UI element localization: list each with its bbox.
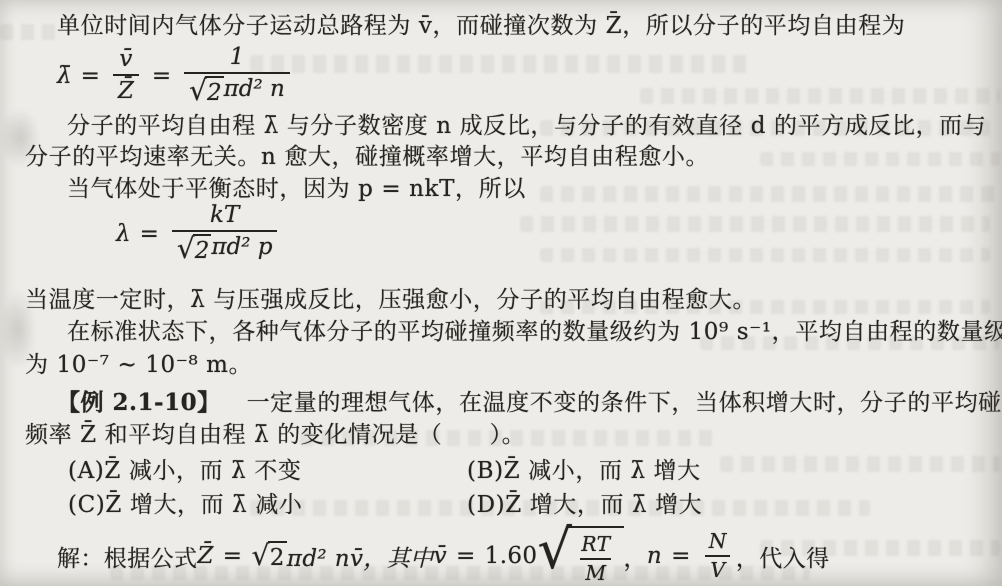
v-bar-variable: v̄ xyxy=(434,543,447,569)
bleedthrough-row xyxy=(0,24,58,40)
option-c: (C)Z̄ 增大，而 λ̄ 减小 xyxy=(68,486,302,519)
coefficient: 1.60 xyxy=(485,543,538,569)
example-text-2: 频率 Z̄ 和平均自由程 λ̄ 的变化情况是（ ）。 xyxy=(25,416,525,449)
sqrt-rt-over-m: √ RT M xyxy=(537,526,623,586)
fraction-v-over-z: v̄ Z̄ xyxy=(113,46,139,105)
formula-mean-free-path-n: λ̄ = v̄ Z̄ = 1 √ 2 πd² n xyxy=(57,44,294,107)
fraction-rt-over-m: RT M xyxy=(576,533,615,586)
bleedthrough-row xyxy=(540,248,990,262)
radical-icon: √ xyxy=(537,523,572,577)
fraction-n-over-v: N V xyxy=(704,530,732,583)
paragraph-equilibrium: 当气体处于平衡态时，因为 p = nkT，所以 xyxy=(67,170,526,203)
equals-sign: = xyxy=(671,543,691,569)
example-heading-line: 【例 2.1-10】一定量的理想气体，在温度不变的条件下，当体积增大时，分子的平… xyxy=(57,384,1002,417)
paragraph-proportionality-1: 分子的平均自由程 λ̄ 与分子数密度 n 成反比，与分子的有效直径 d 的平方成… xyxy=(67,107,986,140)
option-b-label: (B) xyxy=(467,458,504,484)
radical-icon: √ xyxy=(189,77,207,105)
equals-sign: = xyxy=(223,543,243,569)
option-a-label: (A) xyxy=(68,458,104,484)
textbook-page: 单位时间内气体分子运动总路程为 v̄，而碰撞次数为 Z̄，所以分子的平均自由程为… xyxy=(0,0,1002,586)
option-d-text: Z̄ 增大，而 λ̄ 增大 xyxy=(505,492,702,518)
paragraph-total-path: 单位时间内气体分子运动总路程为 v̄，而碰撞次数为 Z̄，所以分子的平均自由程为 xyxy=(57,7,905,40)
option-b: (B)Z̄ 减小，而 λ̄ 增大 xyxy=(467,452,701,485)
formula-lhs: λ xyxy=(116,221,131,247)
equals-sign: = xyxy=(81,63,100,89)
paragraph-standard-state-2: 为 10⁻⁷ ~ 10⁻⁸ m。 xyxy=(25,346,252,379)
option-a-text: Z̄ 减小，而 λ̄ 不变 xyxy=(104,458,301,484)
bleedthrough-row xyxy=(520,216,990,232)
paragraph-standard-state-1: 在标准状态下，各种气体分子的平均碰撞频率的数量级约为 10⁹ s⁻¹，平均自由程… xyxy=(67,313,1002,346)
bleedthrough-row xyxy=(540,186,1000,202)
z-bar-variable: Z̄ xyxy=(197,543,213,569)
equals-sign: = xyxy=(152,63,171,89)
solution-mid: πd² nv̄，其中 xyxy=(287,540,434,573)
fraction-one-over-sqrt2pid2n: 1 √ 2 πd² n xyxy=(184,44,290,107)
paragraph-proportionality-2: 分子的平均速率无关。n 愈大，碰撞概率增大，平均自由程愈小。 xyxy=(25,138,709,171)
fraction-kt-over-sqrt2pid2p: kT √ 2 πd² p xyxy=(172,202,278,265)
sqrt-radical: √ 2 xyxy=(177,234,212,265)
sqrt-radical: √ 2 xyxy=(189,76,224,107)
formula-mean-free-path-p: λ = kT √ 2 πd² p xyxy=(116,202,281,265)
example-tag: 【例 2.1-10】 xyxy=(57,389,221,416)
sqrt-radical: √ 2 xyxy=(251,541,286,571)
option-d: (D)Z̄ 增大，而 λ̄ 增大 xyxy=(467,486,702,519)
option-d-label: (D) xyxy=(467,492,505,518)
bleedthrough-row xyxy=(250,55,750,73)
solution-suffix: ，代入得 xyxy=(736,540,830,573)
bleedthrough-row xyxy=(720,456,1000,472)
solution-line: 解：根据公式 Z̄ = √ 2 πd² nv̄，其中 v̄ = 1.60 √ R… xyxy=(57,528,830,584)
formula-lhs: λ̄ xyxy=(57,63,72,89)
bleedthrough-row xyxy=(760,152,1000,166)
option-c-text: Z̄ 增大，而 λ̄ 减小 xyxy=(105,492,302,518)
radical-icon: √ xyxy=(251,542,269,570)
n-variable: n xyxy=(647,543,662,569)
option-c-label: (C) xyxy=(68,492,105,518)
radical-icon: √ xyxy=(177,235,195,263)
option-a: (A)Z̄ 减小，而 λ̄ 不变 xyxy=(68,452,301,485)
equals-sign: = xyxy=(140,221,159,247)
example-text-1: 一定量的理想气体，在温度不变的条件下，当体积增大时，分子的平均碰撞 xyxy=(247,390,1002,416)
solution-prefix: 解：根据公式 xyxy=(57,540,197,573)
equals-sign: = xyxy=(456,543,476,569)
option-b-text: Z̄ 减小，而 λ̄ 增大 xyxy=(504,458,701,484)
bleedthrough-row xyxy=(640,88,1000,104)
paragraph-pressure-relation: 当温度一定时，λ̄ 与压强成反比，压强愈小，分子的平均自由程愈大。 xyxy=(25,281,756,314)
comma: ， xyxy=(624,540,647,573)
